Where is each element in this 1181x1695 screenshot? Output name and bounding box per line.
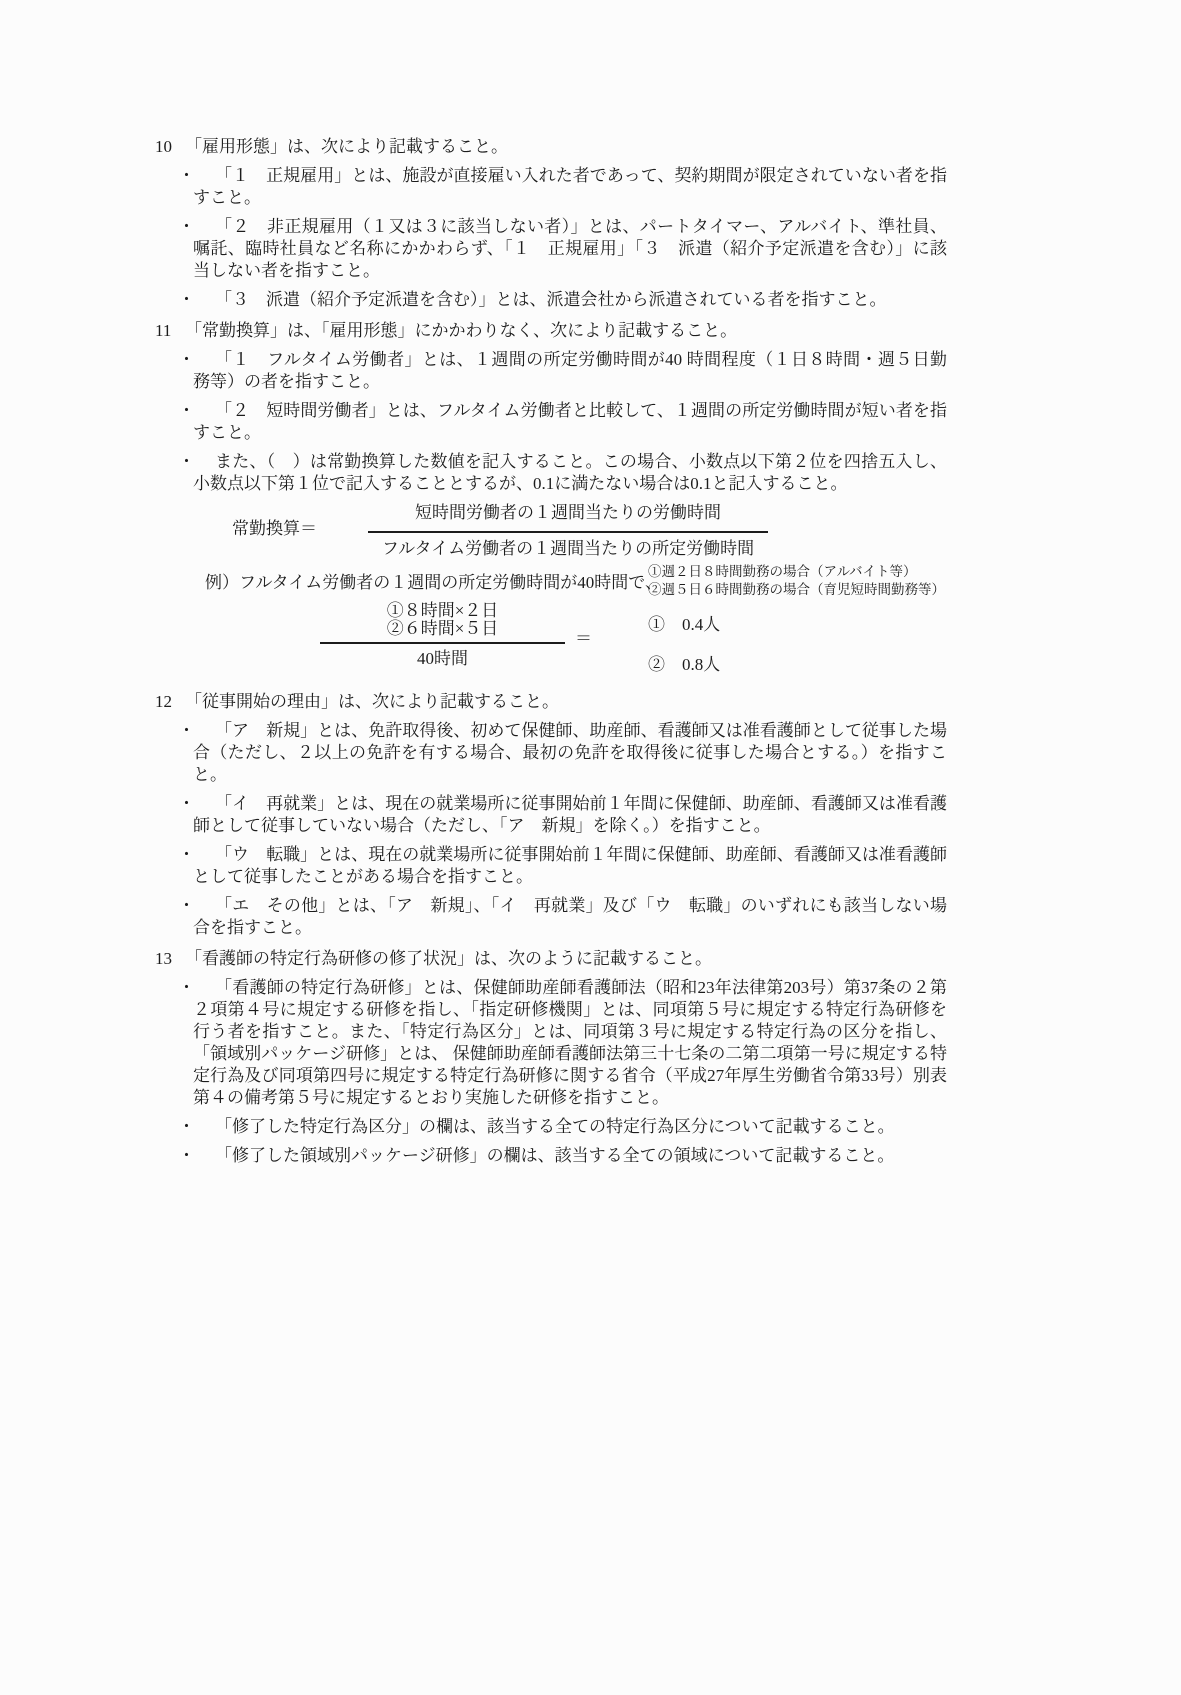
list-item-text: 「エ その他」とは、「ア 新規」、「イ 再就業」及び「ウ 転職」のいずれにも該当… [193, 896, 947, 937]
bullet-icon: ・ [178, 165, 195, 187]
section-heading-11: 11 「常勤換算」は、「雇用形態」にかかわりなく、次により記載すること。 [155, 320, 947, 342]
list-item: ・ 「ア 新規」とは、免許取得後、初めて保健師、助産師、看護師又は准看護師として… [193, 720, 947, 786]
bullet-icon: ・ [178, 349, 195, 371]
bullet-icon: ・ [178, 720, 195, 742]
document-content: 10 「雇用形態」は、次により記載すること。 ・ 「１ 正規雇用」とは、施設が直… [155, 136, 947, 1174]
list-item-text: 「看護師の特定行為研修」とは、保健師助産師看護師法（昭和23年法律第203号）第… [193, 978, 947, 1107]
list-item: ・ 「３ 派遣（紹介予定派遣を含む）」とは、派遣会社から派遣されている者を指すこ… [193, 289, 947, 311]
list-item: ・ また、（ ）は常勤換算した数値を記入すること。この場合、小数点以下第２位を四… [193, 451, 947, 495]
bullet-icon: ・ [178, 895, 195, 917]
list-item-text: 「修了した特定行為区分」の欄は、該当する全ての特定行為区分について記載すること。 [215, 1117, 895, 1136]
example-case-1: ①週２日８時間勤務の場合（アルバイト等） [648, 563, 917, 581]
section-heading-13: 13 「看護師の特定行為研修の修了状況」は、次のように記載すること。 [155, 948, 947, 970]
example-case-2: ②週５日６時間勤務の場合（育児短時間勤務等） [648, 581, 945, 599]
list-item-text: 「２ 非正規雇用（１又は３に該当しない者）」とは、パートタイマー、アルバイト、準… [193, 217, 947, 280]
fte-formula-diagram: 常勤換算＝ 短時間労働者の１週間当たりの労働時間 フルタイム労働者の１週間当たり… [155, 502, 947, 682]
list-item: ・ 「２ 短時間労働者」とは、フルタイム労働者と比較して、１週間の所定労働時間が… [193, 400, 947, 444]
section-title: 「看護師の特定行為研修の修了状況」は、次のように記載すること。 [185, 949, 712, 968]
list-item-text: 「ア 新規」とは、免許取得後、初めて保健師、助産師、看護師又は准看護師として従事… [193, 721, 947, 784]
document-page: 10 「雇用形態」は、次により記載すること。 ・ 「１ 正規雇用」とは、施設が直… [0, 0, 1181, 1695]
list-item: ・ 「エ その他」とは、「ア 新規」、「イ 再就業」及び「ウ 転職」のいずれにも… [193, 895, 947, 939]
list-item: ・ 「修了した領域別パッケージ研修」の欄は、該当する全ての領域について記載するこ… [193, 1145, 947, 1167]
bullet-icon: ・ [178, 1145, 195, 1167]
example-result-1: ① 0.4人 [648, 614, 720, 636]
list-item: ・ 「１ フルタイム労働者」とは、１週間の所定労働時間が40 時間程度（１日８時… [193, 349, 947, 393]
list-item: ・ 「修了した特定行為区分」の欄は、該当する全ての特定行為区分について記載するこ… [193, 1116, 947, 1138]
section-heading-12: 12 「従事開始の理由」は、次により記載すること。 [155, 691, 947, 713]
fraction-bar [368, 531, 768, 533]
section-number: 13 [155, 948, 172, 970]
bullet-icon: ・ [178, 1116, 195, 1138]
formula-denominator: フルタイム労働者の１週間当たりの所定労働時間 [368, 538, 768, 560]
example-intro: 例）フルタイム労働者の１週間の所定労働時間が40時間で、 [205, 572, 662, 594]
list-item: ・ 「２ 非正規雇用（１又は３に該当しない者）」とは、パートタイマー、アルバイト… [193, 216, 947, 282]
list-item-text: 「イ 再就業」とは、現在の就業場所に従事開始前１年間に保健師、助産師、看護師又は… [193, 794, 947, 835]
formula-numerator: 短時間労働者の１週間当たりの労働時間 [368, 502, 768, 524]
example-numerator-2: ②６時間×５日 [320, 618, 565, 640]
list-item: ・ 「１ 正規雇用」とは、施設が直接雇い入れた者であって、契約期間が限定されてい… [193, 165, 947, 209]
equals-sign: ＝ [575, 628, 592, 650]
section-heading-10: 10 「雇用形態」は、次により記載すること。 [155, 136, 947, 158]
list-item-text: 「１ 正規雇用」とは、施設が直接雇い入れた者であって、契約期間が限定されていない… [193, 166, 947, 207]
section-title: 「雇用形態」は、次により記載すること。 [185, 137, 508, 156]
list-item-text: 「３ 派遣（紹介予定派遣を含む）」とは、派遣会社から派遣されている者を指すこと。 [215, 290, 887, 309]
list-item-text: 「１ フルタイム労働者」とは、１週間の所定労働時間が40 時間程度（１日８時間・… [193, 350, 947, 391]
bullet-icon: ・ [178, 977, 195, 999]
bullet-icon: ・ [178, 216, 195, 238]
section-number: 10 [155, 136, 172, 158]
bullet-icon: ・ [178, 451, 195, 473]
section-title: 「従事開始の理由」は、次により記載すること。 [185, 692, 559, 711]
list-item-text: また、（ ）は常勤換算した数値を記入すること。この場合、小数点以下第２位を四捨五… [193, 452, 947, 493]
example-denominator: 40時間 [320, 648, 565, 670]
example-result-2: ② 0.8人 [648, 654, 720, 676]
bullet-icon: ・ [178, 793, 195, 815]
fraction-bar [320, 642, 565, 644]
section-number: 12 [155, 691, 172, 713]
bullet-icon: ・ [178, 400, 195, 422]
formula-label: 常勤換算＝ [232, 518, 317, 540]
list-item-text: 「２ 短時間労働者」とは、フルタイム労働者と比較して、１週間の所定労働時間が短い… [193, 401, 947, 442]
bullet-icon: ・ [178, 289, 195, 311]
section-title: 「常勤換算」は、「雇用形態」にかかわりなく、次により記載すること。 [185, 321, 737, 340]
list-item: ・ 「イ 再就業」とは、現在の就業場所に従事開始前１年間に保健師、助産師、看護師… [193, 793, 947, 837]
list-item: ・ 「ウ 転職」とは、現在の就業場所に従事開始前１年間に保健師、助産師、看護師又… [193, 844, 947, 888]
section-number: 11 [155, 320, 171, 342]
bullet-icon: ・ [178, 844, 195, 866]
list-item-text: 「ウ 転職」とは、現在の就業場所に従事開始前１年間に保健師、助産師、看護師又は准… [193, 845, 947, 886]
list-item: ・ 「看護師の特定行為研修」とは、保健師助産師看護師法（昭和23年法律第203号… [193, 977, 947, 1109]
list-item-text: 「修了した領域別パッケージ研修」の欄は、該当する全ての領域について記載すること。 [215, 1146, 894, 1165]
